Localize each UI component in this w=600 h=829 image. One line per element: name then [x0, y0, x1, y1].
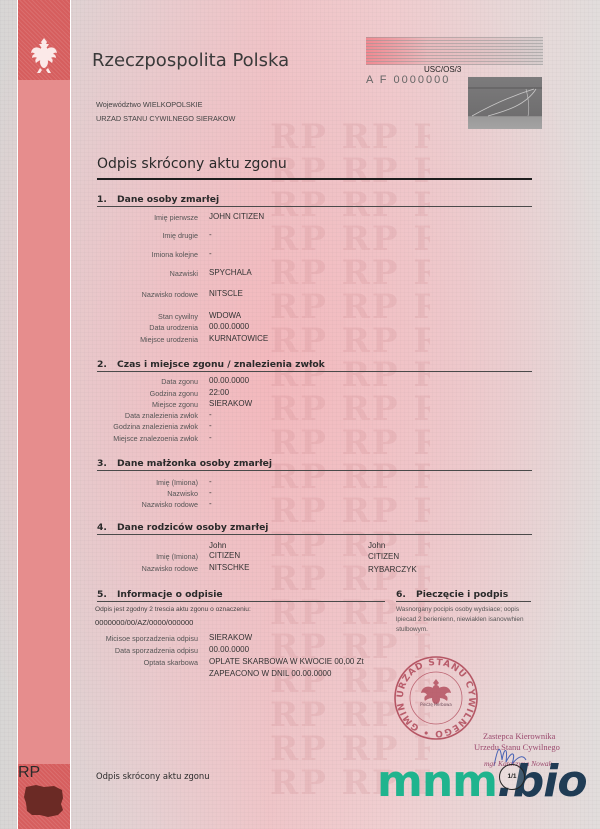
field-label: Stan cywilny — [158, 312, 198, 321]
section-number: 6. — [396, 589, 416, 600]
field-label: Data sporzadzenia odpisu — [115, 646, 198, 655]
eagle-icon — [421, 679, 451, 704]
other-names-value: - — [209, 249, 212, 258]
brand-part-1: mnm — [377, 756, 497, 807]
field-label: Miejsce urodzenia — [140, 335, 198, 344]
section-number: 4. — [97, 522, 117, 533]
birth-date-value: 00.00.0000 — [209, 322, 249, 331]
title-rule — [97, 178, 532, 180]
emblem-block — [18, 0, 70, 80]
hologram — [468, 77, 542, 129]
poland-map-icon — [22, 783, 66, 819]
voivodeship-value: WIELKOPOLSKIE — [143, 100, 203, 109]
section-rule — [97, 371, 532, 372]
copy-date-value: 00.00.0000 — [209, 645, 249, 654]
field-label: Data zgonu — [161, 377, 198, 386]
security-strip — [366, 37, 543, 65]
body-found-date-value: - — [209, 410, 212, 419]
section-4-heading: 4.Dane rodziców osoby zmarłej — [97, 522, 268, 533]
field-label: Godzina znalezienia zwłok — [113, 422, 198, 431]
field-label: Data urodzenia — [149, 323, 198, 332]
voivodeship-label: Województwo — [96, 100, 141, 109]
section-title: Dane rodziców osoby zmarłej — [117, 522, 268, 533]
section-rule — [97, 601, 385, 602]
stamp-duty-value: OPLATE SKARBOWA W KWOCIE 00,00 Zt — [209, 657, 364, 666]
act-number: 0000000/00/AZ/0000/000000 — [95, 618, 193, 627]
mother-name: CITIZEN — [368, 552, 399, 561]
hologram-icon — [468, 77, 542, 129]
office-name: URZAD STANU CYWILNEGO SIERAKOW — [96, 114, 235, 123]
section-rule — [97, 534, 532, 535]
section-number: 3. — [97, 458, 117, 469]
svg-text:Pieczę Herbowa: Pieczę Herbowa — [420, 702, 452, 707]
body-found-time-value: - — [209, 421, 212, 430]
father-family-name: NITSCHKE — [209, 563, 249, 572]
death-time-value: 22:00 — [209, 388, 229, 397]
section-1-heading: 1.Dane osoby zmarłej — [97, 194, 219, 205]
spouse-family-name-value: - — [209, 499, 212, 508]
marital-status-value: WDOWA — [209, 311, 241, 320]
section-number: 2. — [97, 359, 117, 370]
field-label: Nazwisko rodowe — [142, 290, 198, 299]
voivodeship: Województwo WIELKOPOLSKIE — [96, 100, 203, 109]
country-title: Rzeczpospolita Polska — [92, 50, 289, 71]
section-title: Dane małżonka osoby zmarłej — [117, 458, 272, 469]
family-name-value: NITSCLE — [209, 289, 243, 298]
field-label: Imiona kolejne — [152, 250, 198, 259]
field-label: Nazwisko rodowe — [142, 500, 198, 509]
section-rule — [97, 206, 532, 207]
rp-logo-text: RP — [18, 764, 40, 781]
death-date-value: 00.00.0000 — [209, 376, 249, 385]
surname-value: SPYCHALA — [209, 268, 252, 277]
field-label: Imię drugie — [162, 231, 198, 240]
field-label: Imię (Imiona) — [156, 552, 198, 561]
field-label: Nazwiski — [170, 269, 198, 278]
father-first-name: John — [209, 541, 226, 550]
document-title: Odpis skrócony aktu zgonu — [97, 156, 287, 172]
body-found-place-value: - — [209, 433, 212, 442]
copy-place-value: SIERAKOW — [209, 633, 252, 642]
conformity-statement: Odpis jest zgodny 2 trescia aktu zgonu o… — [95, 606, 251, 613]
section-number: 1. — [97, 194, 117, 205]
second-name-value: - — [209, 230, 212, 239]
mother-first-name: John — [368, 541, 385, 550]
rp-emblem-block: RP — [18, 764, 70, 829]
field-label: Data znalezienia zwłok — [125, 411, 198, 420]
field-label: Imię pierwsze — [154, 213, 198, 222]
death-place-value: SIERAKOW — [209, 399, 252, 408]
section-title: Dane osoby zmarłej — [117, 194, 219, 205]
field-label: Optata skarbowa — [144, 658, 198, 667]
page-indicator: 1/1 — [499, 764, 525, 790]
brand-logo: mnm.bio — [377, 760, 587, 804]
eagle-icon — [30, 36, 58, 76]
field-label: Nazwisko rodowe — [142, 564, 198, 573]
section-title: Czas i miejsce zgonu / znalezienia zwłok — [117, 359, 325, 370]
section-title: Pieczęcie i podpis — [416, 589, 508, 600]
birth-place-value: KURNATOWICE — [209, 334, 268, 343]
official-stamp: URZAD STANU CYWILNEGO • GMINY SIERAKOW •… — [393, 655, 479, 741]
father-name: CITIZEN — [209, 551, 240, 560]
section-number: 5. — [97, 589, 117, 600]
section-rule — [97, 470, 532, 471]
side-band: RP — [18, 0, 70, 829]
section-3-heading: 3.Dane małżonka osoby zmarłej — [97, 458, 272, 469]
section-title: Informacje o odpisie — [117, 589, 223, 600]
field-label: Nazwisko — [167, 489, 198, 498]
field-label: Micisoe sporzadzenia odpisu — [106, 634, 198, 643]
section-6-heading: 6.Pieczęcie i podpis — [396, 589, 508, 600]
spouse-surname-value: - — [209, 488, 212, 497]
mother-family-name: RYBARCZYK — [368, 565, 417, 574]
stamp-duty-paid-value: ZAPEACONO W DNIL 00.00.0000 — [209, 669, 331, 678]
form-code: USC/OS/3 — [424, 65, 461, 74]
section-rule — [396, 601, 531, 602]
section-5-heading: 5.Informacje o odpisie — [97, 589, 223, 600]
spouse-name-value: - — [209, 477, 212, 486]
serial-number: A F 0000000 — [366, 74, 450, 86]
first-name-value: JOHN CITIZEN — [209, 212, 264, 221]
footer-title: Odpis skrócony aktu zgonu — [96, 771, 210, 781]
field-label: Miejsce znalezoenia zwłok — [113, 434, 198, 443]
field-label: Imię (Imiona) — [156, 478, 198, 487]
signature-note: Wasnorgany pocipis osoby wydsiace; oopis… — [396, 605, 536, 635]
section-2-heading: 2.Czas i miejsce zgonu / znalezienia zwł… — [97, 359, 325, 370]
field-label: Miejsce zgonu — [152, 400, 198, 409]
field-label: Godzina zgonu — [150, 389, 198, 398]
